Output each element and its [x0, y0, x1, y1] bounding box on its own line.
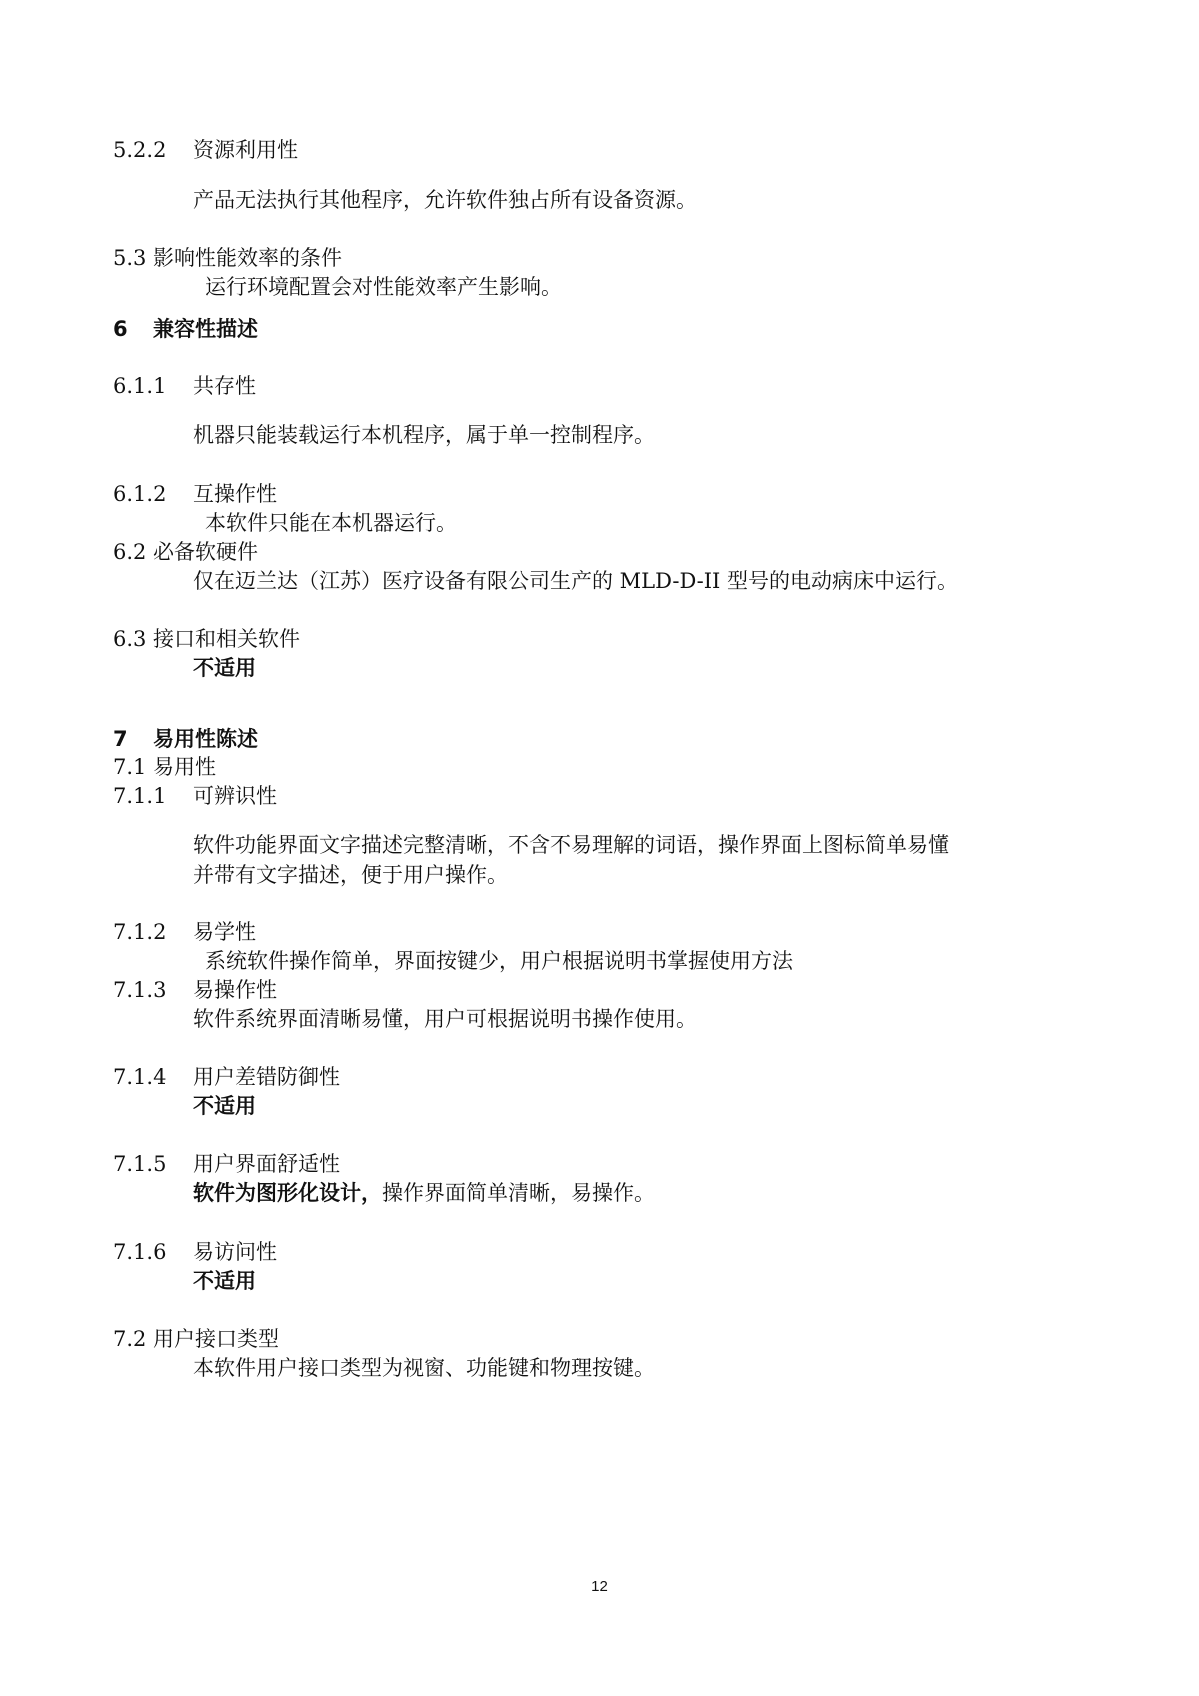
heading-7-1: 7.1易用性: [113, 753, 216, 781]
section-number: 7.1.2: [113, 918, 193, 946]
section-title: 可辨识性: [193, 784, 277, 808]
section-title: 共存性: [193, 374, 256, 398]
section-number: 6.1.1: [113, 372, 193, 400]
heading-7-1-1: 7.1.1可辨识性: [113, 782, 277, 810]
section-title: 易学性: [193, 920, 256, 944]
heading-6-1-2: 6.1.2互操作性: [113, 480, 277, 508]
heading-7-1-3: 7.1.3易操作性: [113, 976, 277, 1004]
heading-7-1-5: 7.1.5用户界面舒适性: [113, 1150, 340, 1178]
paragraph-7-1-1-line-1: 软件功能界面文字描述完整清晰，不含不易理解的词语，操作界面上图标简单易懂: [193, 831, 949, 859]
section-title: 用户接口类型: [153, 1327, 279, 1351]
paragraph-5-2-2: 产品无法执行其他程序，允许软件独占所有设备资源。: [193, 186, 697, 214]
section-number: 7: [113, 725, 153, 753]
section-number: 7.1.6: [113, 1238, 193, 1266]
paragraph-6-1-1: 机器只能装载运行本机程序，属于单一控制程序。: [193, 421, 655, 449]
section-number: 5.2.2: [113, 136, 193, 164]
section-number: 7.2: [113, 1325, 153, 1353]
heading-5-2-2: 5.2.2资源利用性: [113, 136, 298, 164]
section-title: 互操作性: [193, 482, 277, 506]
section-title: 用户界面舒适性: [193, 1152, 340, 1176]
heading-7: 7易用性陈述: [113, 725, 258, 753]
section-title: 接口和相关软件: [153, 627, 300, 651]
paragraph-7-1-4: 不适用: [193, 1092, 256, 1120]
section-number: 6.2: [113, 538, 153, 566]
heading-7-1-4: 7.1.4用户差错防御性: [113, 1063, 340, 1091]
heading-7-1-6: 7.1.6易访问性: [113, 1238, 277, 1266]
paragraph-7-1-3: 软件系统界面清晰易懂，用户可根据说明书操作使用。: [193, 1005, 697, 1033]
section-number: 6.1.2: [113, 480, 193, 508]
section-title: 易访问性: [193, 1240, 277, 1264]
section-title: 易用性: [153, 755, 216, 779]
paragraph-5-3: 运行环境配置会对性能效率产生影响。: [205, 273, 562, 301]
heading-6-1-1: 6.1.1共存性: [113, 372, 256, 400]
paragraph-7-1-6: 不适用: [193, 1267, 256, 1295]
paragraph-7-1-1-line-2: 并带有文字描述，便于用户操作。: [193, 861, 508, 889]
heading-6: 6兼容性描述: [113, 315, 258, 343]
section-title: 影响性能效率的条件: [153, 246, 342, 270]
heading-6-2: 6.2必备软硬件: [113, 538, 258, 566]
paragraph-6-3: 不适用: [193, 654, 256, 682]
heading-7-1-2: 7.1.2易学性: [113, 918, 256, 946]
section-title: 易操作性: [193, 978, 277, 1002]
paragraph-7-2: 本软件用户接口类型为视窗、功能键和物理按键。: [193, 1354, 655, 1382]
paragraph-7-1-2: 系统软件操作简单，界面按键少，用户根据说明书掌握使用方法: [205, 947, 793, 975]
heading-6-3: 6.3接口和相关软件: [113, 625, 300, 653]
paragraph-7-1-5: 软件为图形化设计，操作界面简单清晰，易操作。: [193, 1179, 655, 1207]
body-text: 操作界面简单清晰，易操作。: [382, 1181, 655, 1205]
section-number: 7.1.1: [113, 782, 193, 810]
section-number: 6: [113, 315, 153, 343]
heading-5-3: 5.3影响性能效率的条件: [113, 244, 342, 272]
section-number: 6.3: [113, 625, 153, 653]
section-number: 7.1: [113, 753, 153, 781]
section-number: 7.1.3: [113, 976, 193, 1004]
paragraph-6-1-2: 本软件只能在本机器运行。: [205, 509, 457, 537]
section-title: 用户差错防御性: [193, 1065, 340, 1089]
section-title: 资源利用性: [193, 138, 298, 162]
section-number: 7.1.4: [113, 1063, 193, 1091]
page-number: 12: [0, 1578, 1199, 1595]
bold-text: 软件为图形化设计，: [193, 1181, 382, 1205]
section-title: 必备软硬件: [153, 540, 258, 564]
section-number: 5.3: [113, 244, 153, 272]
section-number: 7.1.5: [113, 1150, 193, 1178]
heading-7-2: 7.2用户接口类型: [113, 1325, 279, 1353]
section-title: 兼容性描述: [153, 317, 258, 341]
paragraph-6-2: 仅在迈兰达（江苏）医疗设备有限公司生产的 MLD-D-II 型号的电动病床中运行…: [193, 567, 958, 595]
section-title: 易用性陈述: [153, 727, 258, 751]
